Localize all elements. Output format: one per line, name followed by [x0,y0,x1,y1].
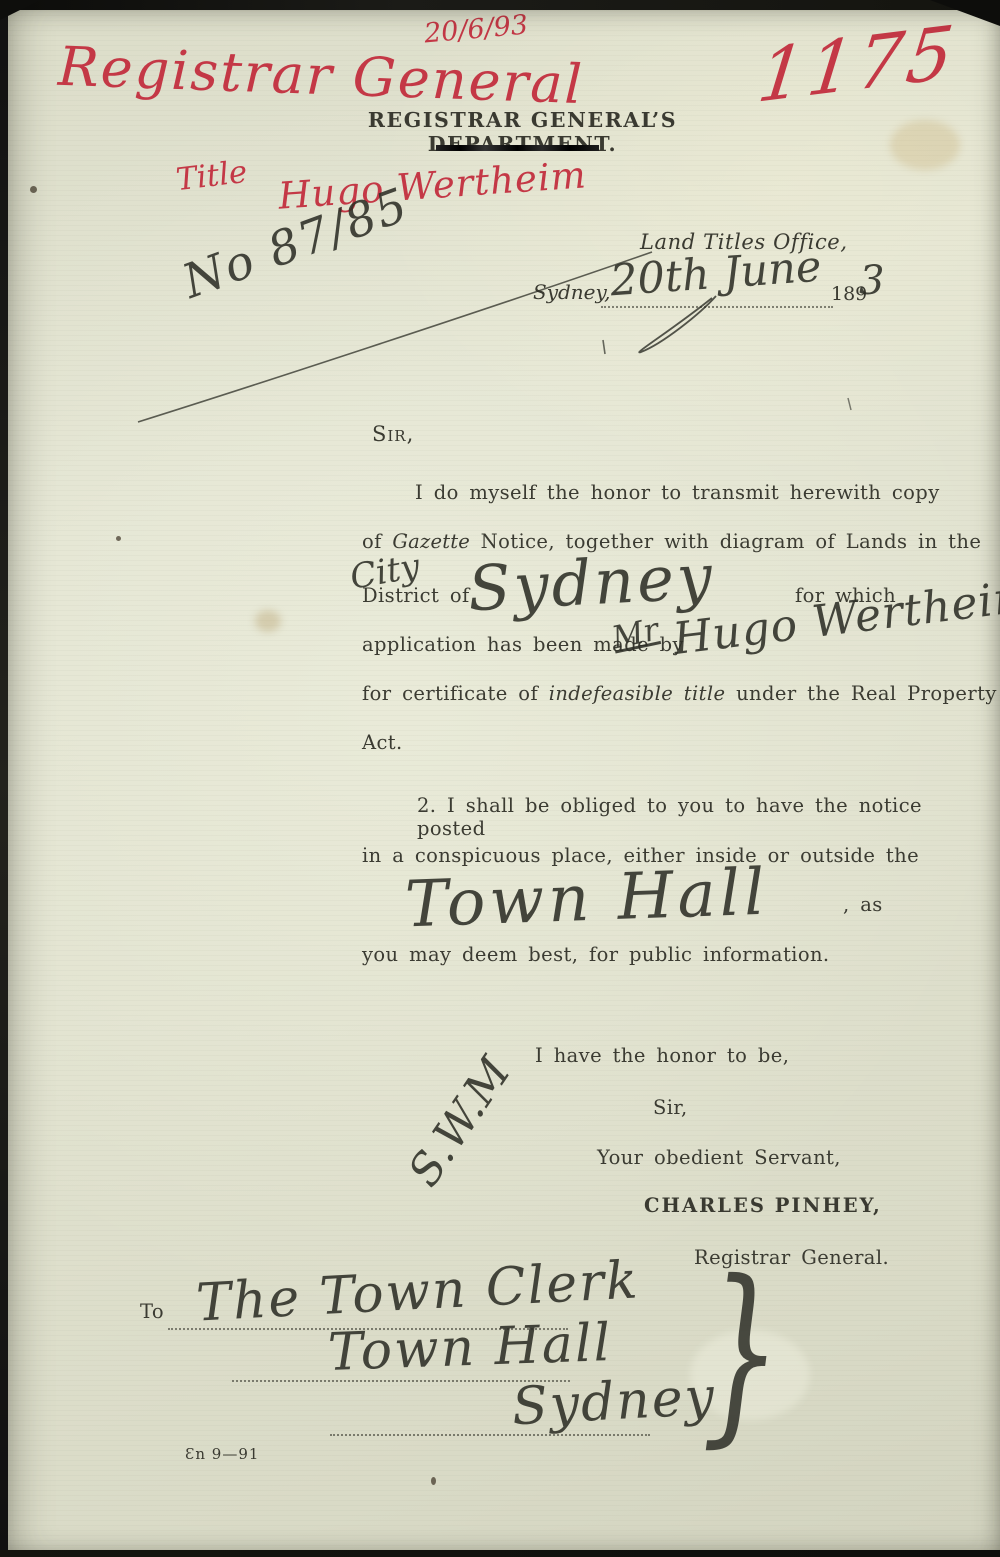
certificate-pre: for certificate of [362,682,538,705]
as-suffix: , as [843,893,883,916]
district-label: District of [362,584,470,607]
indefeasible-italic: indefeasible title [549,682,726,705]
flourish-diagonal [138,252,652,422]
address-to-label: To [140,1300,164,1323]
para2-line1: 2. I shall be obliged to you to have the… [417,794,1000,840]
salutation: Sir, [372,422,414,446]
form-code: Ɛn 9—91 [185,1445,259,1463]
certificate-post: under the Real Property [736,682,997,705]
flourish-date-tail [639,296,716,352]
ink-tick [848,398,851,410]
scan-edge-bottom [0,1550,1000,1557]
scan-corner-top-left [0,0,40,20]
para1-line2-pre: of [362,530,382,553]
scan-edge-top [0,0,1000,10]
address-line2-handwritten: Town Hall [327,1313,613,1383]
address-line3-handwritten: Sydney [511,1367,718,1438]
document-page: 20/6/93 Registrar General 1175 Title Hug… [0,0,1000,1557]
closing-servant: Your obedient Servant, [597,1146,841,1169]
certificate-line: for certificate of indefeasible title un… [362,682,997,705]
act-line: Act. [362,731,403,754]
address-brace: } [701,1239,781,1464]
signature-name: CHARLES PINHEY, [644,1194,882,1217]
para1-line1: I do myself the honor to transmit herewi… [415,481,940,504]
ink-tick [603,340,605,354]
location-handwritten: Town Hall [404,856,770,943]
closing-honor: I have the honor to be, [535,1044,789,1067]
scan-corner-top-right [930,0,1000,26]
para2-line3: you may deem best, for public informatio… [362,943,830,966]
scan-edge-left [0,0,8,1557]
closing-sir: Sir, [653,1096,688,1119]
